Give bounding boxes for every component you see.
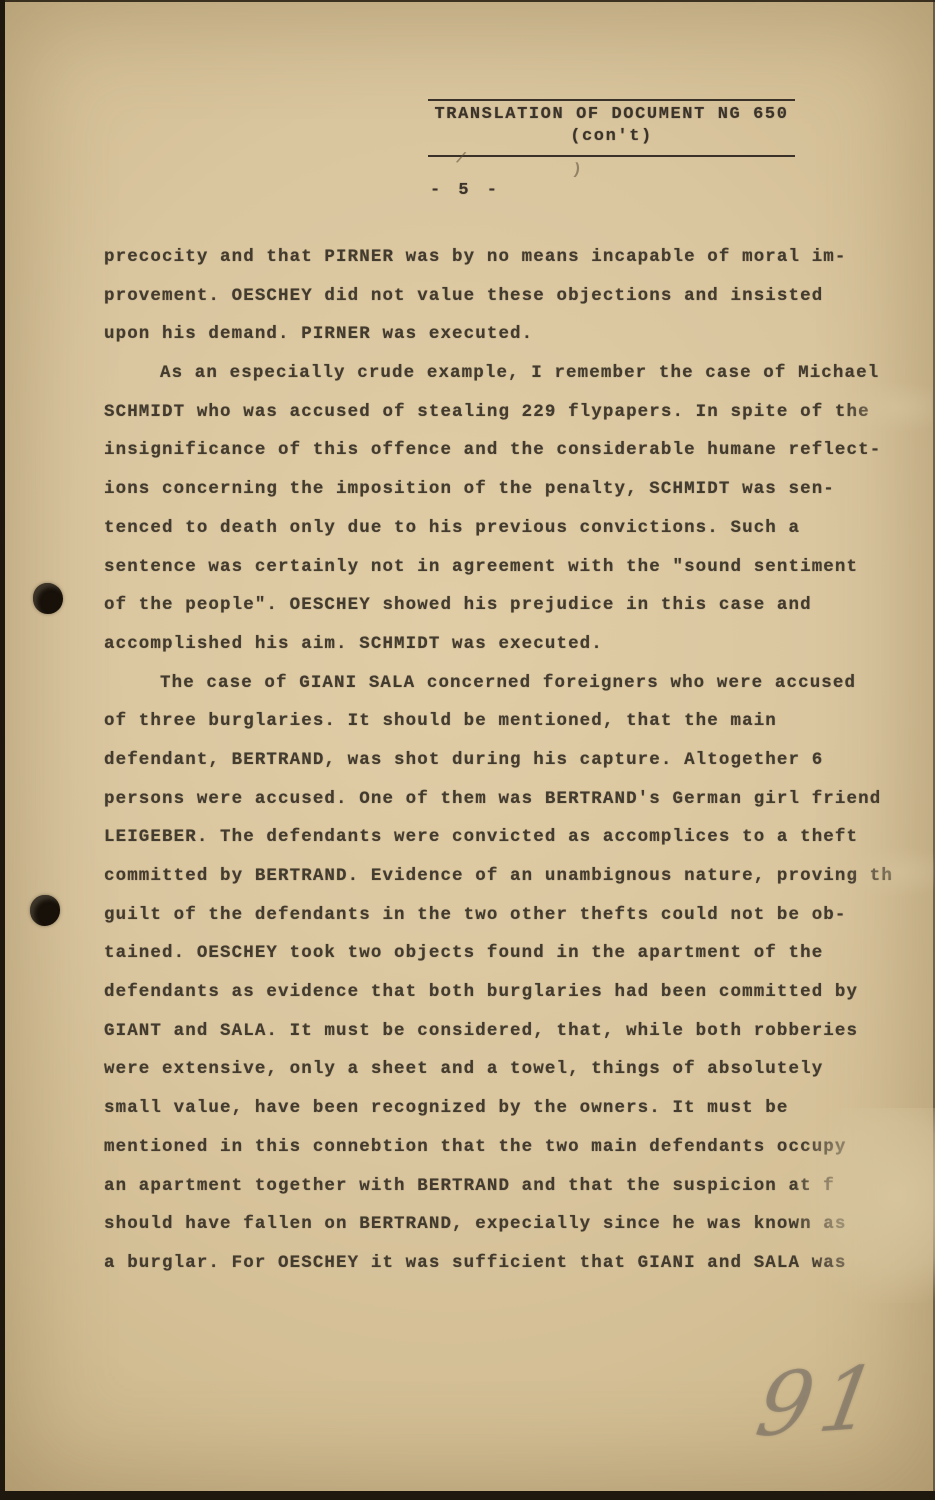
text-line: GIANT and SALA. It must be considered, t… — [104, 1012, 914, 1051]
text-line: insignificance of this offence and the c… — [104, 431, 914, 470]
text-line: SCHMIDT who was accused of stealing 229 … — [104, 393, 914, 432]
page-number: - 5 - — [430, 181, 501, 200]
text-line: sentence was certainly not in agreement … — [104, 548, 914, 587]
scan-edge-bottom — [0, 1491, 935, 1500]
text-line: mentioned in this connebtion that the tw… — [104, 1128, 914, 1167]
text-line: As an especially crude example, I rememb… — [104, 354, 914, 393]
stray-mark: / — [454, 149, 467, 169]
text-line: accomplished his aim. SCHMIDT was execut… — [104, 625, 914, 664]
text-line: guilt of the defendants in the two other… — [104, 896, 914, 935]
text-line: of the people". OESCHEY showed his preju… — [104, 586, 914, 625]
text-line: an apartment together with BERTRAND and … — [104, 1167, 914, 1206]
scan-edge-top — [0, 0, 935, 2]
text-line: upon his demand. PIRNER was executed. — [104, 315, 914, 354]
text-line: of three burglaries. It should be mentio… — [104, 702, 914, 741]
document-header: TRANSLATION OF DOCUMENT NG 650 (con't) — [428, 99, 795, 157]
text-line: committed by BERTRAND. Evidence of an un… — [104, 857, 914, 896]
text-line: a burglar. For OESCHEY it was sufficient… — [104, 1244, 914, 1283]
document-title: TRANSLATION OF DOCUMENT NG 650 — [428, 104, 795, 126]
text-line: LEIGEBER. The defendants were convicted … — [104, 818, 914, 857]
text-line: were extensive, only a sheet and a towel… — [104, 1050, 914, 1089]
handwritten-page-mark: 91 — [749, 1347, 892, 1457]
text-line: precocity and that PIRNER was by no mean… — [104, 238, 914, 277]
scanned-document-page: TRANSLATION OF DOCUMENT NG 650 (con't) /… — [0, 0, 935, 1500]
hole-punch-top — [33, 583, 63, 614]
text-line: persons were accused. One of them was BE… — [104, 780, 914, 819]
stray-mark: ) — [571, 160, 583, 179]
scan-edge-left — [0, 0, 5, 1500]
document-subtitle: (con't) — [428, 126, 795, 148]
text-line: defendant, BERTRAND, was shot during his… — [104, 741, 914, 780]
document-body: precocity and that PIRNER was by no mean… — [104, 238, 914, 1283]
text-line: tained. OESCHEY took two objects found i… — [104, 934, 914, 973]
text-line: The case of GIANI SALA concerned foreign… — [104, 664, 914, 703]
text-line: small value, have been recognized by the… — [104, 1089, 914, 1128]
hole-punch-bottom — [30, 895, 60, 926]
text-line: ions concerning the imposition of the pe… — [104, 470, 914, 509]
text-line: provement. OESCHEY did not value these o… — [104, 277, 914, 316]
text-line: should have fallen on BERTRAND, expecial… — [104, 1205, 914, 1244]
text-line: tenced to death only due to his previous… — [104, 509, 914, 548]
text-line: defendants as evidence that both burglar… — [104, 973, 914, 1012]
